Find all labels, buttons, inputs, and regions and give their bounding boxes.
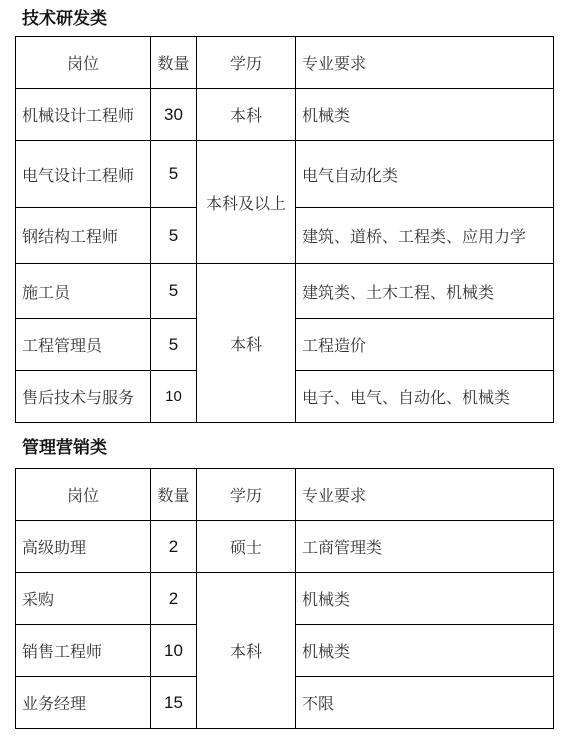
header-major: 专业要求 bbox=[296, 37, 554, 89]
position-cell: 机械设计工程师 bbox=[16, 89, 151, 141]
header-education: 学历 bbox=[197, 37, 296, 89]
count-cell: 30 bbox=[151, 89, 197, 141]
major-cell: 机械类 bbox=[296, 89, 554, 141]
major-cell: 不限 bbox=[296, 677, 554, 729]
header-count: 数量 bbox=[151, 469, 197, 521]
position-cell: 销售工程师 bbox=[16, 625, 151, 677]
table-row: 电气设计工程师 5 本科及以上 电气自动化类 bbox=[16, 141, 554, 208]
table-header-row: 岗位 数量 学历 专业要求 bbox=[16, 37, 554, 89]
header-position: 岗位 bbox=[16, 469, 151, 521]
position-cell: 电气设计工程师 bbox=[16, 141, 151, 208]
education-cell: 本科 bbox=[197, 573, 296, 729]
table-row: 机械设计工程师 30 本科 机械类 bbox=[16, 89, 554, 141]
header-count: 数量 bbox=[151, 37, 197, 89]
count-cell: 5 bbox=[151, 208, 197, 264]
position-cell: 工程管理员 bbox=[16, 319, 151, 371]
major-cell: 建筑类、土木工程、机械类 bbox=[296, 264, 554, 319]
position-cell: 施工员 bbox=[16, 264, 151, 319]
tech-rd-table: 岗位 数量 学历 专业要求 机械设计工程师 30 本科 机械类 电气设计工程师 … bbox=[15, 36, 554, 423]
header-major: 专业要求 bbox=[296, 469, 554, 521]
major-cell: 电子、电气、自动化、机械类 bbox=[296, 371, 554, 423]
table-row: 采购 2 本科 机械类 bbox=[16, 573, 554, 625]
position-cell: 售后技术与服务 bbox=[16, 371, 151, 423]
position-cell: 采购 bbox=[16, 573, 151, 625]
major-cell: 电气自动化类 bbox=[296, 141, 554, 208]
table-row: 施工员 5 本科 建筑类、土木工程、机械类 bbox=[16, 264, 554, 319]
section-title-management-marketing: 管理营销类 bbox=[22, 433, 107, 458]
count-cell: 5 bbox=[151, 141, 197, 208]
position-cell: 高级助理 bbox=[16, 521, 151, 573]
count-cell: 2 bbox=[151, 573, 197, 625]
table-row: 高级助理 2 硕士 工商管理类 bbox=[16, 521, 554, 573]
major-cell: 工程造价 bbox=[296, 319, 554, 371]
section-title-tech-rd: 技术研发类 bbox=[22, 4, 107, 29]
management-marketing-table: 岗位 数量 学历 专业要求 高级助理 2 硕士 工商管理类 采购 2 本科 机械… bbox=[15, 468, 554, 729]
count-cell: 15 bbox=[151, 677, 197, 729]
education-cell: 本科 bbox=[197, 264, 296, 423]
header-position: 岗位 bbox=[16, 37, 151, 89]
header-education: 学历 bbox=[197, 469, 296, 521]
count-cell: 10 bbox=[151, 371, 197, 423]
major-cell: 建筑、道桥、工程类、应用力学 bbox=[296, 208, 554, 264]
count-cell: 5 bbox=[151, 264, 197, 319]
position-cell: 钢结构工程师 bbox=[16, 208, 151, 264]
table-header-row: 岗位 数量 学历 专业要求 bbox=[16, 469, 554, 521]
education-cell: 本科及以上 bbox=[197, 141, 296, 264]
education-cell: 硕士 bbox=[197, 521, 296, 573]
major-cell: 工商管理类 bbox=[296, 521, 554, 573]
position-cell: 业务经理 bbox=[16, 677, 151, 729]
count-cell: 10 bbox=[151, 625, 197, 677]
education-cell: 本科 bbox=[197, 89, 296, 141]
major-cell: 机械类 bbox=[296, 573, 554, 625]
major-cell: 机械类 bbox=[296, 625, 554, 677]
count-cell: 2 bbox=[151, 521, 197, 573]
count-cell: 5 bbox=[151, 319, 197, 371]
